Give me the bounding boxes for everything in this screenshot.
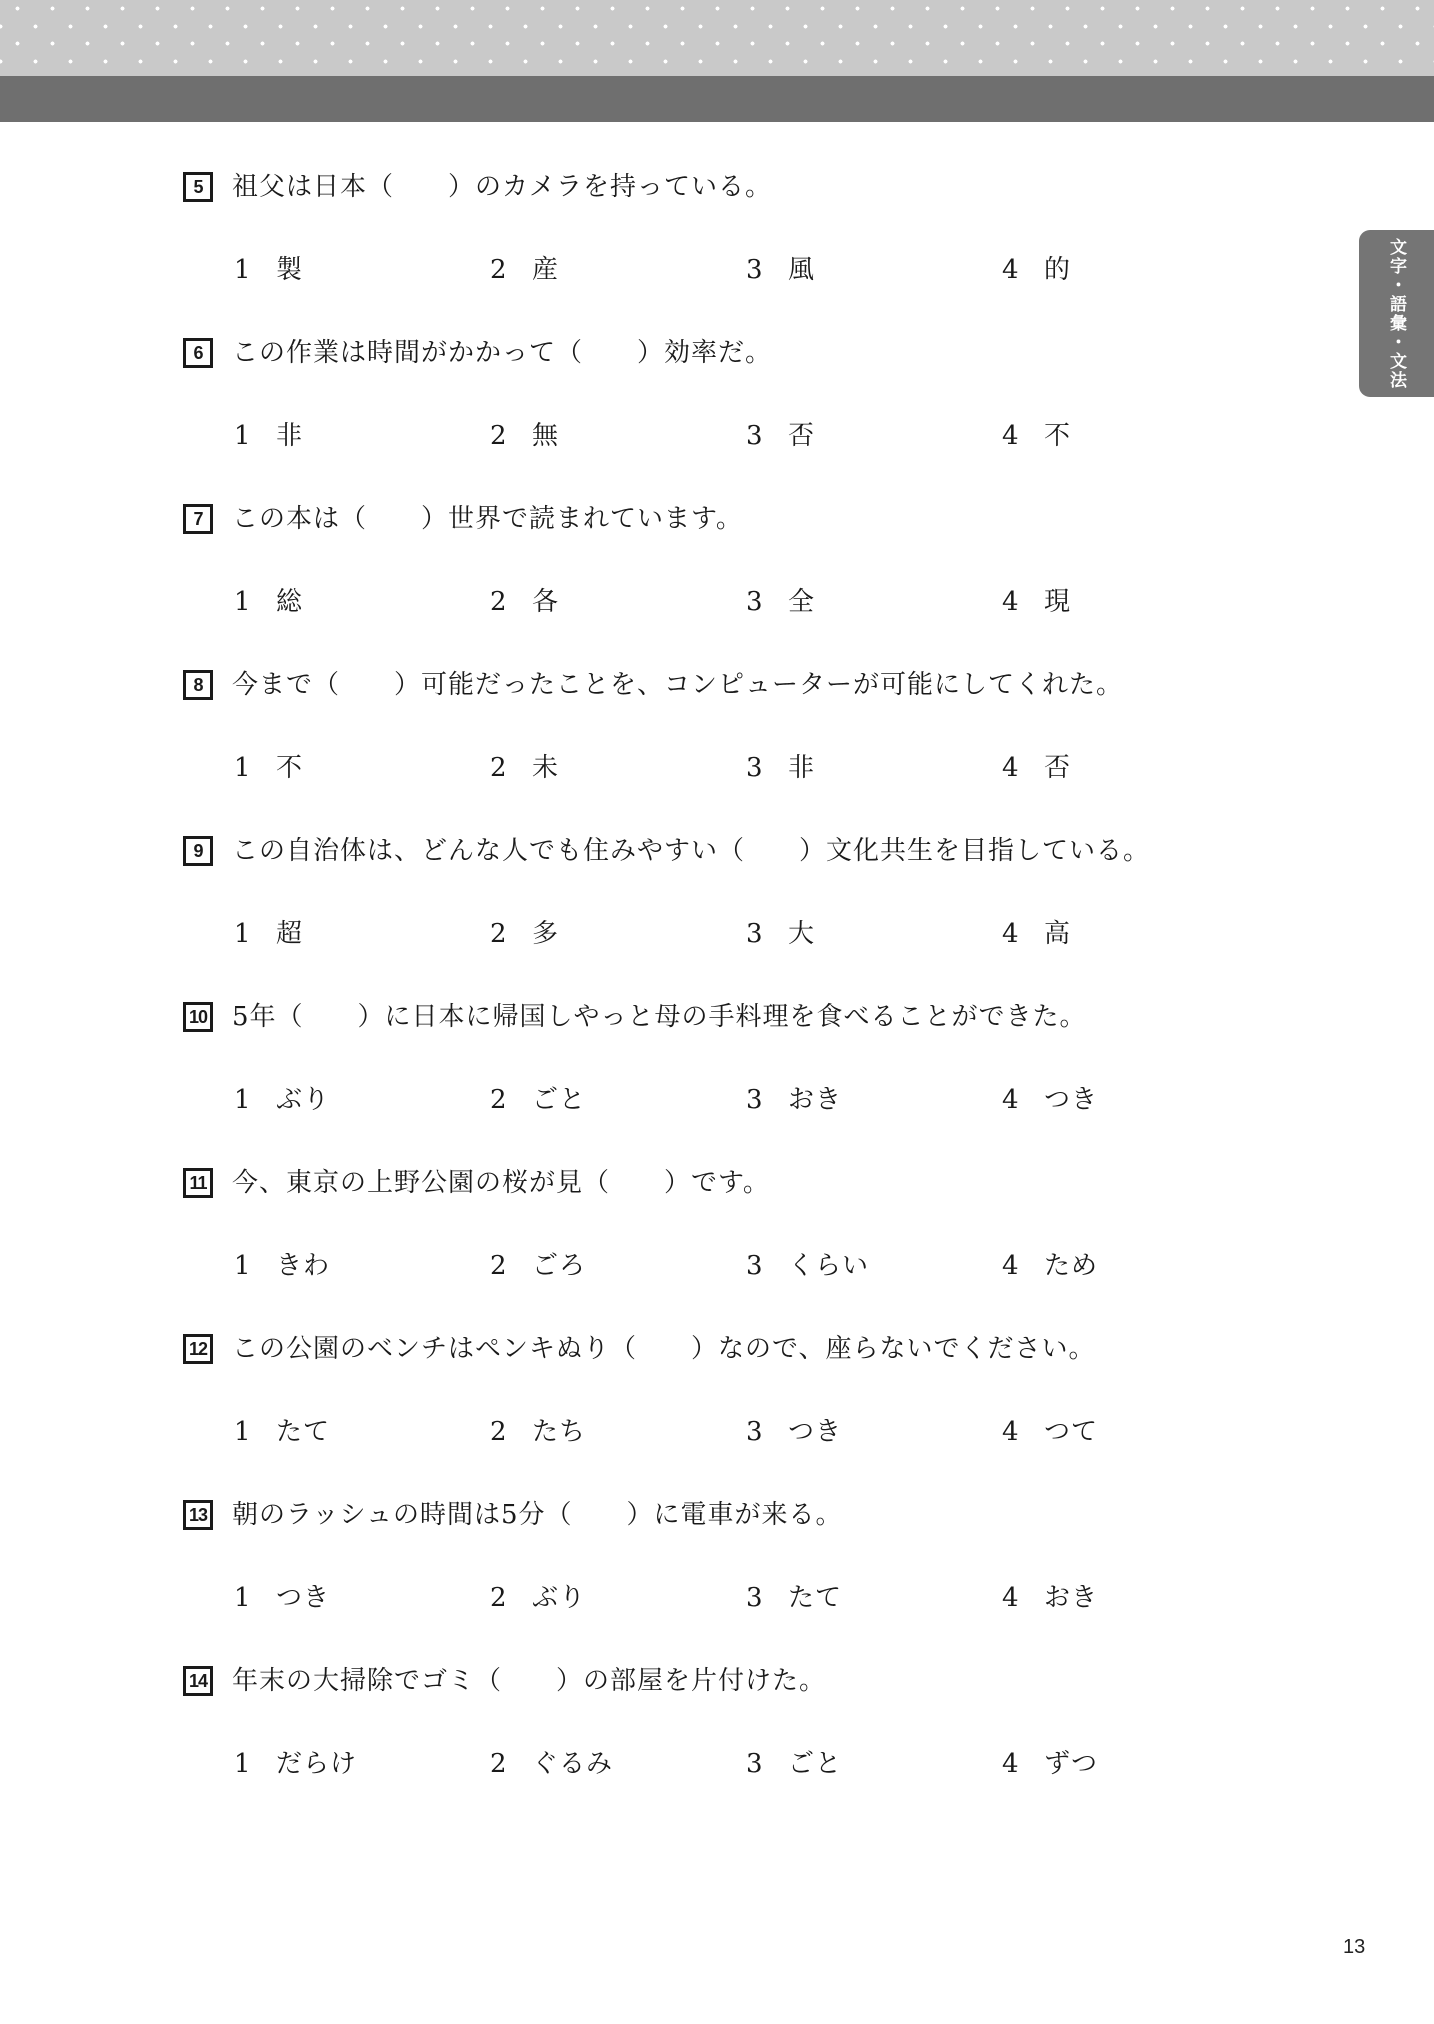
option-number: 3 [746,751,762,785]
option-number: 4 [1002,419,1018,453]
question-number-box: 8 [183,670,213,700]
question-number-box: 14 [183,1666,213,1696]
option-number: 1 [234,1249,250,1283]
option-item: 3ごと [746,1747,1002,1781]
option-item: 2ぐるみ [490,1747,746,1781]
option-item: 1きわ [234,1249,490,1283]
question-number: 14 [189,1671,207,1692]
options-row: 1ぶり 2ごと 3おき 4つき [234,1083,1258,1117]
option-item: 1たて [234,1415,490,1449]
option-number: 3 [746,1747,762,1781]
options-row: 1不 2未 3非 4否 [234,751,1258,785]
question-row: 10 5年（ ）に日本に帰国しやっと母の手料理を食べることができた。 [183,1000,1258,1034]
option-label: つて [1044,1415,1098,1449]
question-row: 11 今、東京の上野公園の桜が見（ ）です。 [183,1166,1258,1200]
question-block: 8 今まで（ ）可能だったことを、コンピューターが可能にしてくれた。 1不 2未… [183,668,1258,785]
page-number: 13 [1343,1936,1365,1959]
question-number: 12 [189,1339,207,1360]
option-number: 4 [1002,751,1018,785]
option-label: つき [1044,1083,1098,1117]
question-block: 11 今、東京の上野公園の桜が見（ ）です。 1きわ 2ごろ 3くらい 4ため [183,1166,1258,1283]
option-label: だらけ [276,1747,357,1781]
option-item: 2無 [490,419,746,453]
option-item: 3つき [746,1415,1002,1449]
option-label: ごろ [532,1249,586,1283]
option-item: 4否 [1002,751,1258,785]
option-item: 2産 [490,253,746,287]
section-tab: 文字・語彙・文法 [1359,230,1434,397]
options-row: 1つき 2ぶり 3たて 4おき [234,1581,1258,1615]
option-number: 4 [1002,253,1018,287]
option-label: おき [1044,1581,1098,1615]
option-label: くらい [788,1249,869,1283]
option-number: 4 [1002,917,1018,951]
question-row: 5 祖父は日本（ ）のカメラを持っている。 [183,170,1258,204]
option-label: 多 [532,917,559,951]
options-row: 1非 2無 3否 4不 [234,419,1258,453]
option-item: 2各 [490,585,746,619]
option-label: 総 [276,585,303,619]
option-number: 3 [746,419,762,453]
question-block: 13 朝のラッシュの時間は5分（ ）に電車が来る。 1つき 2ぶり 3たて 4お… [183,1498,1258,1615]
options-row: 1だらけ 2ぐるみ 3ごと 4ずつ [234,1747,1258,1781]
option-label: ごと [532,1083,586,1117]
option-item: 4的 [1002,253,1258,287]
option-number: 3 [746,1415,762,1449]
options-row: 1きわ 2ごろ 3くらい 4ため [234,1249,1258,1283]
option-label: 産 [532,253,559,287]
option-number: 4 [1002,1083,1018,1117]
question-block: 12 この公園のベンチはペンキぬり（ ）なので、座らないでください。 1たて 2… [183,1332,1258,1449]
option-number: 2 [490,1083,506,1117]
question-row: 8 今まで（ ）可能だったことを、コンピューターが可能にしてくれた。 [183,668,1258,702]
option-number: 3 [746,1581,762,1615]
question-block: 14 年末の大掃除でゴミ（ ）の部屋を片付けた。 1だらけ 2ぐるみ 3ごと 4… [183,1664,1258,1781]
option-item: 2未 [490,751,746,785]
options-row: 1超 2多 3大 4高 [234,917,1258,951]
option-number: 1 [234,1581,250,1615]
option-number: 3 [746,253,762,287]
option-item: 1つき [234,1581,490,1615]
option-number: 3 [746,917,762,951]
question-number-box: 11 [183,1168,213,1198]
option-number: 2 [490,253,506,287]
question-text: この本は（ ）世界で読まれています。 [232,502,743,536]
question-block: 6 この作業は時間がかかって（ ）効率だ。 1非 2無 3否 4不 [183,336,1258,453]
option-item: 4つき [1002,1083,1258,1117]
option-number: 1 [234,253,250,287]
option-number: 2 [490,585,506,619]
question-number-box: 12 [183,1334,213,1364]
question-row: 14 年末の大掃除でゴミ（ ）の部屋を片付けた。 [183,1664,1258,1698]
question-number: 10 [189,1007,207,1028]
option-label: ため [1044,1249,1098,1283]
option-item: 3くらい [746,1249,1002,1283]
option-label: 的 [1044,253,1071,287]
option-item: 3否 [746,419,1002,453]
options-row: 1製 2産 3風 4的 [234,253,1258,287]
option-label: たち [532,1415,586,1449]
dotted-header-band [0,0,1434,76]
option-label: 全 [788,585,815,619]
option-label: 製 [276,253,303,287]
question-number-box: 9 [183,836,213,866]
question-number: 6 [193,343,202,364]
option-item: 1だらけ [234,1747,490,1781]
option-item: 1総 [234,585,490,619]
option-number: 4 [1002,1747,1018,1781]
question-block: 9 この自治体は、どんな人でも住みやすい（ ）文化共生を目指している。 1超 2… [183,834,1258,951]
option-item: 1製 [234,253,490,287]
option-label: たて [276,1415,330,1449]
option-number: 2 [490,751,506,785]
option-item: 1非 [234,419,490,453]
question-text: この作業は時間がかかって（ ）効率だ。 [232,336,772,370]
option-label: 不 [1044,419,1071,453]
option-number: 3 [746,1249,762,1283]
option-item: 4現 [1002,585,1258,619]
option-item: 4不 [1002,419,1258,453]
option-number: 3 [746,585,762,619]
question-text: 朝のラッシュの時間は5分（ ）に電車が来る。 [232,1498,843,1532]
option-number: 2 [490,1415,506,1449]
option-number: 1 [234,419,250,453]
option-item: 3大 [746,917,1002,951]
option-item: 1不 [234,751,490,785]
question-block: 7 この本は（ ）世界で読まれています。 1総 2各 3全 4現 [183,502,1258,619]
question-number: 8 [193,675,202,696]
option-label: 否 [788,419,815,453]
option-label: 非 [276,419,303,453]
option-label: ごと [788,1747,842,1781]
option-item: 3非 [746,751,1002,785]
question-text: この自治体は、どんな人でも住みやすい（ ）文化共生を目指している。 [232,834,1150,868]
question-number-box: 7 [183,504,213,534]
option-item: 3たて [746,1581,1002,1615]
option-label: 大 [788,917,815,951]
question-number: 9 [193,841,202,862]
question-number: 7 [193,509,202,530]
question-text: 今まで（ ）可能だったことを、コンピューターが可能にしてくれた。 [232,668,1123,702]
option-number: 2 [490,1249,506,1283]
option-number: 1 [234,1415,250,1449]
question-number-box: 13 [183,1500,213,1530]
option-label: 各 [532,585,559,619]
question-text: この公園のベンチはペンキぬり（ ）なので、座らないでください。 [232,1332,1095,1366]
option-number: 4 [1002,585,1018,619]
option-number: 1 [234,917,250,951]
question-row: 6 この作業は時間がかかって（ ）効率だ。 [183,336,1258,370]
option-item: 4つて [1002,1415,1258,1449]
option-label: たて [788,1581,842,1615]
question-number-box: 5 [183,172,213,202]
option-number: 2 [490,917,506,951]
option-label: ぶり [276,1083,330,1117]
option-number: 4 [1002,1581,1018,1615]
option-item: 1超 [234,917,490,951]
question-list: 5 祖父は日本（ ）のカメラを持っている。 1製 2産 3風 4的 6 この作業… [183,122,1258,1781]
option-label: 非 [788,751,815,785]
option-item: 3おき [746,1083,1002,1117]
question-text: 今、東京の上野公園の桜が見（ ）です。 [232,1166,770,1200]
option-label: 現 [1044,585,1071,619]
option-item: 3全 [746,585,1002,619]
option-number: 2 [490,419,506,453]
option-item: 4おき [1002,1581,1258,1615]
option-label: つき [276,1581,330,1615]
question-text: 祖父は日本（ ）のカメラを持っている。 [232,170,772,204]
question-row: 12 この公園のベンチはペンキぬり（ ）なので、座らないでください。 [183,1332,1258,1366]
option-item: 4ずつ [1002,1747,1258,1781]
option-number: 4 [1002,1249,1018,1283]
exam-page: 文字・語彙・文法 5 祖父は日本（ ）のカメラを持っている。 1製 2産 3風 … [0,0,1434,2024]
question-number: 13 [189,1505,207,1526]
question-block: 5 祖父は日本（ ）のカメラを持っている。 1製 2産 3風 4的 [183,170,1258,287]
option-label: きわ [276,1249,330,1283]
options-row: 1総 2各 3全 4現 [234,585,1258,619]
question-block: 10 5年（ ）に日本に帰国しやっと母の手料理を食べることができた。 1ぶり 2… [183,1000,1258,1117]
option-label: 風 [788,253,815,287]
question-number: 11 [189,1173,206,1194]
option-label: 高 [1044,917,1071,951]
question-text: 年末の大掃除でゴミ（ ）の部屋を片付けた。 [232,1664,826,1698]
option-item: 1ぶり [234,1083,490,1117]
option-item: 2多 [490,917,746,951]
question-text: 5年（ ）に日本に帰国しやっと母の手料理を食べることができた。 [232,1000,1087,1034]
question-number-box: 10 [183,1002,213,1032]
option-item: 4高 [1002,917,1258,951]
option-label: ぐるみ [532,1747,613,1781]
option-label: ずつ [1044,1747,1098,1781]
option-label: 不 [276,751,303,785]
question-number: 5 [193,177,202,198]
option-number: 1 [234,751,250,785]
section-tab-label: 文字・語彙・文法 [1388,238,1405,390]
question-row: 13 朝のラッシュの時間は5分（ ）に電車が来る。 [183,1498,1258,1532]
option-number: 4 [1002,1415,1018,1449]
option-item: 2たち [490,1415,746,1449]
option-label: 超 [276,917,303,951]
option-number: 2 [490,1581,506,1615]
option-number: 1 [234,585,250,619]
option-number: 1 [234,1083,250,1117]
question-row: 9 この自治体は、どんな人でも住みやすい（ ）文化共生を目指している。 [183,834,1258,868]
option-label: ぶり [532,1581,586,1615]
header-bar [0,76,1434,122]
option-item: 2ごと [490,1083,746,1117]
option-label: 未 [532,751,559,785]
option-item: 3風 [746,253,1002,287]
option-item: 4ため [1002,1249,1258,1283]
option-number: 1 [234,1747,250,1781]
options-row: 1たて 2たち 3つき 4つて [234,1415,1258,1449]
option-item: 2ぶり [490,1581,746,1615]
option-item: 2ごろ [490,1249,746,1283]
option-label: おき [788,1083,842,1117]
option-label: 無 [532,419,559,453]
question-number-box: 6 [183,338,213,368]
option-number: 3 [746,1083,762,1117]
option-number: 2 [490,1747,506,1781]
option-label: 否 [1044,751,1071,785]
option-label: つき [788,1415,842,1449]
question-row: 7 この本は（ ）世界で読まれています。 [183,502,1258,536]
